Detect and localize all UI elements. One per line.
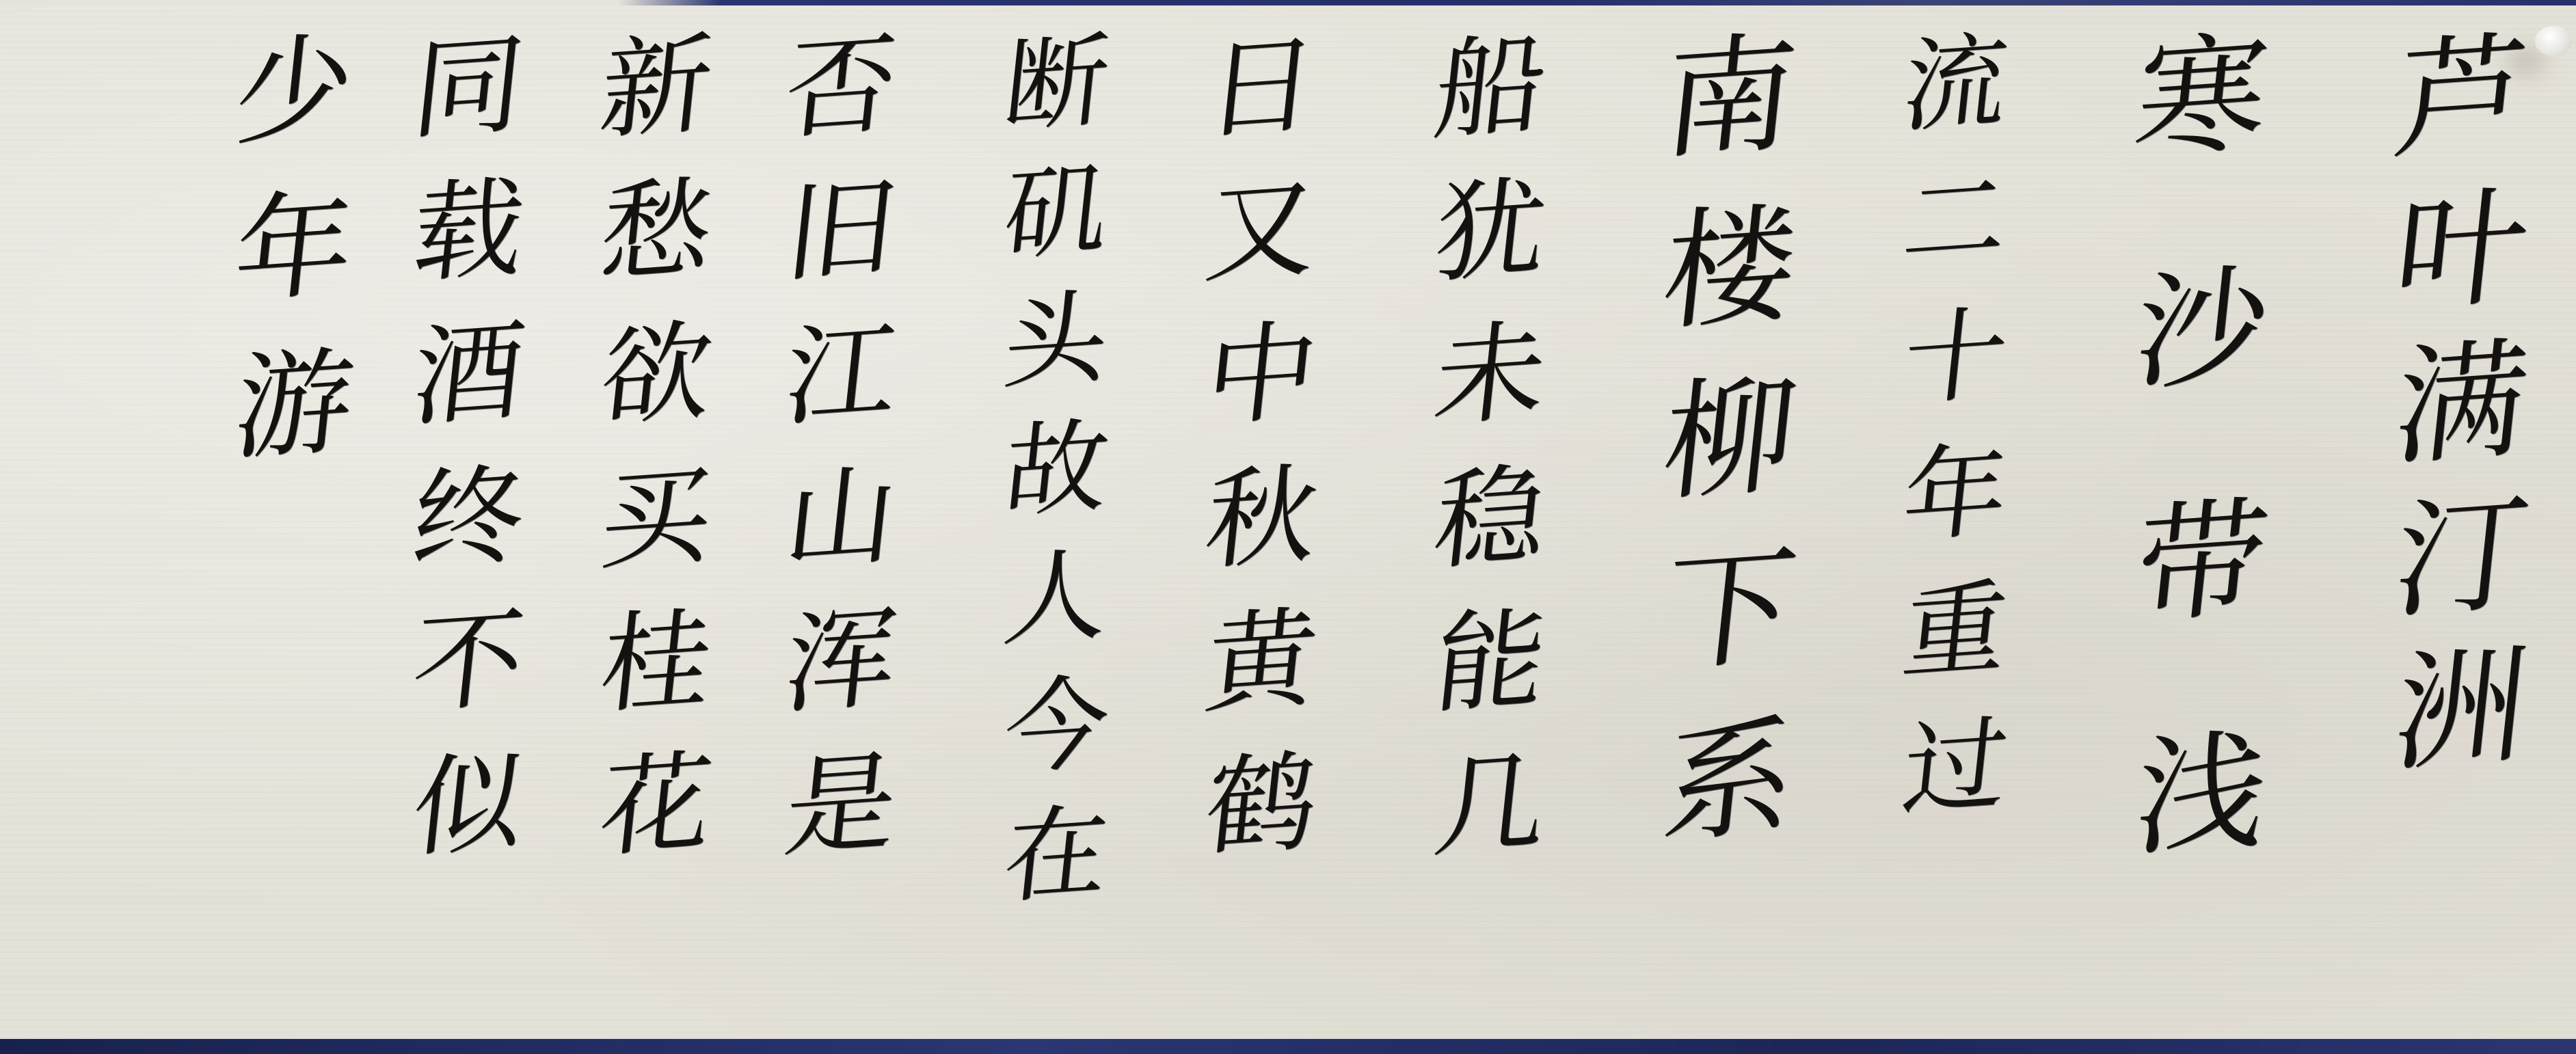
character: 黄	[1200, 604, 1323, 720]
character: 载	[407, 173, 530, 290]
character: 头	[999, 286, 1113, 396]
character: 几	[1430, 747, 1552, 864]
character: 欲	[595, 316, 718, 433]
character: 年	[229, 186, 359, 310]
character: 汀	[2389, 488, 2534, 627]
character: 能	[1430, 604, 1552, 720]
character: 犹	[1430, 173, 1552, 290]
character: 同	[407, 29, 530, 146]
character: 日	[1200, 29, 1323, 146]
character: 过	[1898, 713, 2012, 822]
character: 十	[1898, 303, 2012, 412]
character: 下	[1657, 541, 1802, 680]
character: 南	[1657, 29, 1802, 167]
character: 花	[595, 747, 718, 864]
character: 不	[407, 604, 530, 720]
character: 年	[1898, 440, 2012, 549]
column-6: 日 又 中 秋 黄 鹤	[1207, 33, 1316, 860]
bottom-mount-border	[0, 1039, 2576, 1054]
column-1: 芦 叶 满 汀 洲	[2396, 33, 2526, 775]
character: 否	[780, 29, 902, 146]
character: 秋	[1200, 460, 1323, 577]
column-8: 否 旧 江 山 浑 是	[786, 33, 896, 860]
character: 新	[595, 29, 718, 146]
character: 断	[999, 29, 1113, 139]
character: 似	[407, 747, 530, 864]
character: 沙	[2129, 261, 2274, 400]
character: 在	[999, 800, 1113, 910]
character: 桂	[595, 604, 718, 720]
character: 少	[229, 29, 359, 152]
character: 中	[1200, 316, 1323, 433]
character: 洲	[2389, 641, 2534, 780]
character: 又	[1200, 173, 1323, 290]
column-4: 南 楼 柳 下 系	[1665, 33, 1795, 846]
column-9: 新 愁 欲 买 桂 花	[602, 33, 711, 860]
character: 稳	[1430, 460, 1552, 577]
character: 芦	[2389, 29, 2534, 167]
character: 旧	[780, 173, 902, 290]
column-2: 寒 沙 带 浅	[2136, 33, 2266, 860]
character: 愁	[595, 173, 718, 290]
character: 酒	[407, 316, 530, 433]
character: 浅	[2129, 726, 2274, 865]
column-7: 断 矶 头 故 人 今 在	[1005, 33, 1108, 906]
column-11-title-signature: 少 年 游	[236, 33, 352, 463]
character: 今	[999, 672, 1113, 781]
character: 浑	[780, 604, 902, 720]
character: 江	[780, 316, 902, 433]
calligraphy-text: 芦 叶 满 汀 洲 寒 沙 带 浅 流 二 十 年 重 过 南 楼 柳 下 系	[0, 5, 2576, 1039]
character: 寒	[2129, 29, 2274, 167]
character: 满	[2389, 335, 2534, 474]
character: 柳	[1657, 370, 1802, 509]
character: 人	[999, 543, 1113, 653]
character: 流	[1898, 29, 2012, 139]
character: 矶	[999, 158, 1113, 267]
column-3: 流 二 十 年 重 过	[1904, 33, 2007, 819]
character: 买	[595, 460, 718, 577]
rice-paper-sheet: 芦 叶 满 汀 洲 寒 沙 带 浅 流 二 十 年 重 过 南 楼 柳 下 系	[0, 5, 2576, 1039]
character: 终	[407, 460, 530, 577]
character: 鹤	[1200, 747, 1323, 864]
character: 二	[1898, 166, 2012, 275]
character: 故	[999, 415, 1113, 524]
character: 重	[1898, 576, 2012, 686]
character: 未	[1430, 316, 1552, 433]
character: 山	[780, 460, 902, 577]
column-10: 同 载 酒 终 不 似	[414, 33, 523, 860]
character: 带	[2129, 494, 2274, 632]
character: 游	[229, 343, 359, 467]
character: 系	[1657, 712, 1802, 851]
character: 楼	[1657, 200, 1802, 338]
character: 叶	[2389, 182, 2534, 321]
character: 是	[780, 747, 902, 864]
column-5: 船 犹 未 稳 能 几	[1436, 33, 1545, 860]
character: 船	[1430, 29, 1552, 146]
